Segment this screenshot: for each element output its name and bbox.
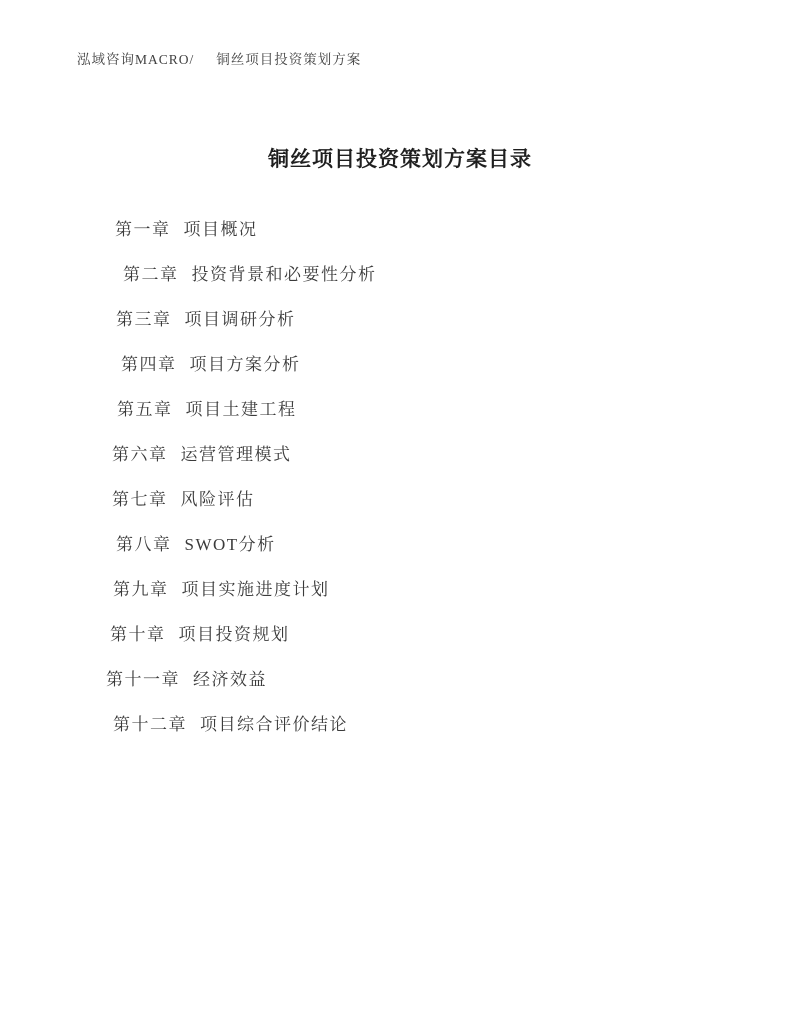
toc-entry-chapter: 第十二章 — [113, 710, 187, 735]
toc-entry: 第一章 项目概况 — [0, 205, 800, 250]
toc-entry-chapter: 第六章 — [112, 440, 168, 465]
toc-entry: 第十一章 经济效益 — [0, 655, 800, 700]
toc-entry-chapter: 第八章 — [116, 530, 172, 555]
toc-entry: 第十章 项目投资规划 — [0, 610, 800, 655]
toc-entry: 第三章 项目调研分析 — [0, 295, 800, 340]
toc-entry: 第十二章 项目综合评价结论 — [0, 700, 800, 745]
toc-entry: 第四章 项目方案分析 — [0, 340, 800, 385]
toc-entry-chapter: 第一章 — [115, 215, 171, 240]
toc-entry-title: 项目实施进度计划 — [182, 575, 330, 600]
toc-entry-chapter: 第七章 — [112, 485, 168, 510]
toc-entry: 第二章 投资背景和必要性分析 — [0, 250, 800, 295]
toc-entry-chapter: 第十一章 — [106, 665, 180, 690]
toc-entry: 第五章 项目土建工程 — [0, 385, 800, 430]
toc-entry-title: 项目方案分析 — [190, 350, 301, 375]
document-page: 泓域咨询MACRO/ 铜丝项目投资策划方案 铜丝项目投资策划方案目录 第一章 项… — [0, 0, 800, 1036]
toc-entry-title: 项目概况 — [184, 215, 258, 240]
toc-entry: 第六章 运营管理模式 — [0, 430, 800, 475]
header-brand: 泓域咨询MACRO/ — [77, 48, 194, 68]
toc-entry-title: 项目投资规划 — [179, 620, 290, 645]
toc-entry-title: 投资背景和必要性分析 — [192, 260, 377, 285]
toc-entry-title: 经济效益 — [193, 665, 267, 690]
toc-entry-chapter: 第二章 — [123, 260, 179, 285]
toc-entry-title: 运营管理模式 — [181, 440, 292, 465]
toc-entry-title: 风险评估 — [181, 485, 255, 510]
toc-entry: 第八章 SWOT分析 — [0, 520, 800, 565]
toc-entry: 第九章 项目实施进度计划 — [0, 565, 800, 610]
toc-entry-chapter: 第五章 — [117, 395, 173, 420]
toc-entry-chapter: 第四章 — [121, 350, 177, 375]
toc-entry-chapter: 第九章 — [113, 575, 169, 600]
toc-entry-title: 项目土建工程 — [186, 395, 297, 420]
toc-entry-chapter: 第十章 — [110, 620, 166, 645]
toc-entry-title: 项目调研分析 — [185, 305, 296, 330]
toc-entry: 第七章 风险评估 — [0, 475, 800, 520]
toc-entry-title: 项目综合评价结论 — [200, 710, 348, 735]
page-title: 铜丝项目投资策划方案目录 — [0, 143, 800, 173]
toc-entry-chapter: 第三章 — [116, 305, 172, 330]
header-doc-name: 铜丝项目投资策划方案 — [216, 48, 361, 68]
running-header: 泓域咨询MACRO/ 铜丝项目投资策划方案 — [77, 48, 361, 68]
table-of-contents: 第一章 项目概况 第二章 投资背景和必要性分析 第三章 项目调研分析 第四章 项… — [0, 205, 800, 745]
toc-entry-title: SWOT分析 — [185, 530, 276, 555]
